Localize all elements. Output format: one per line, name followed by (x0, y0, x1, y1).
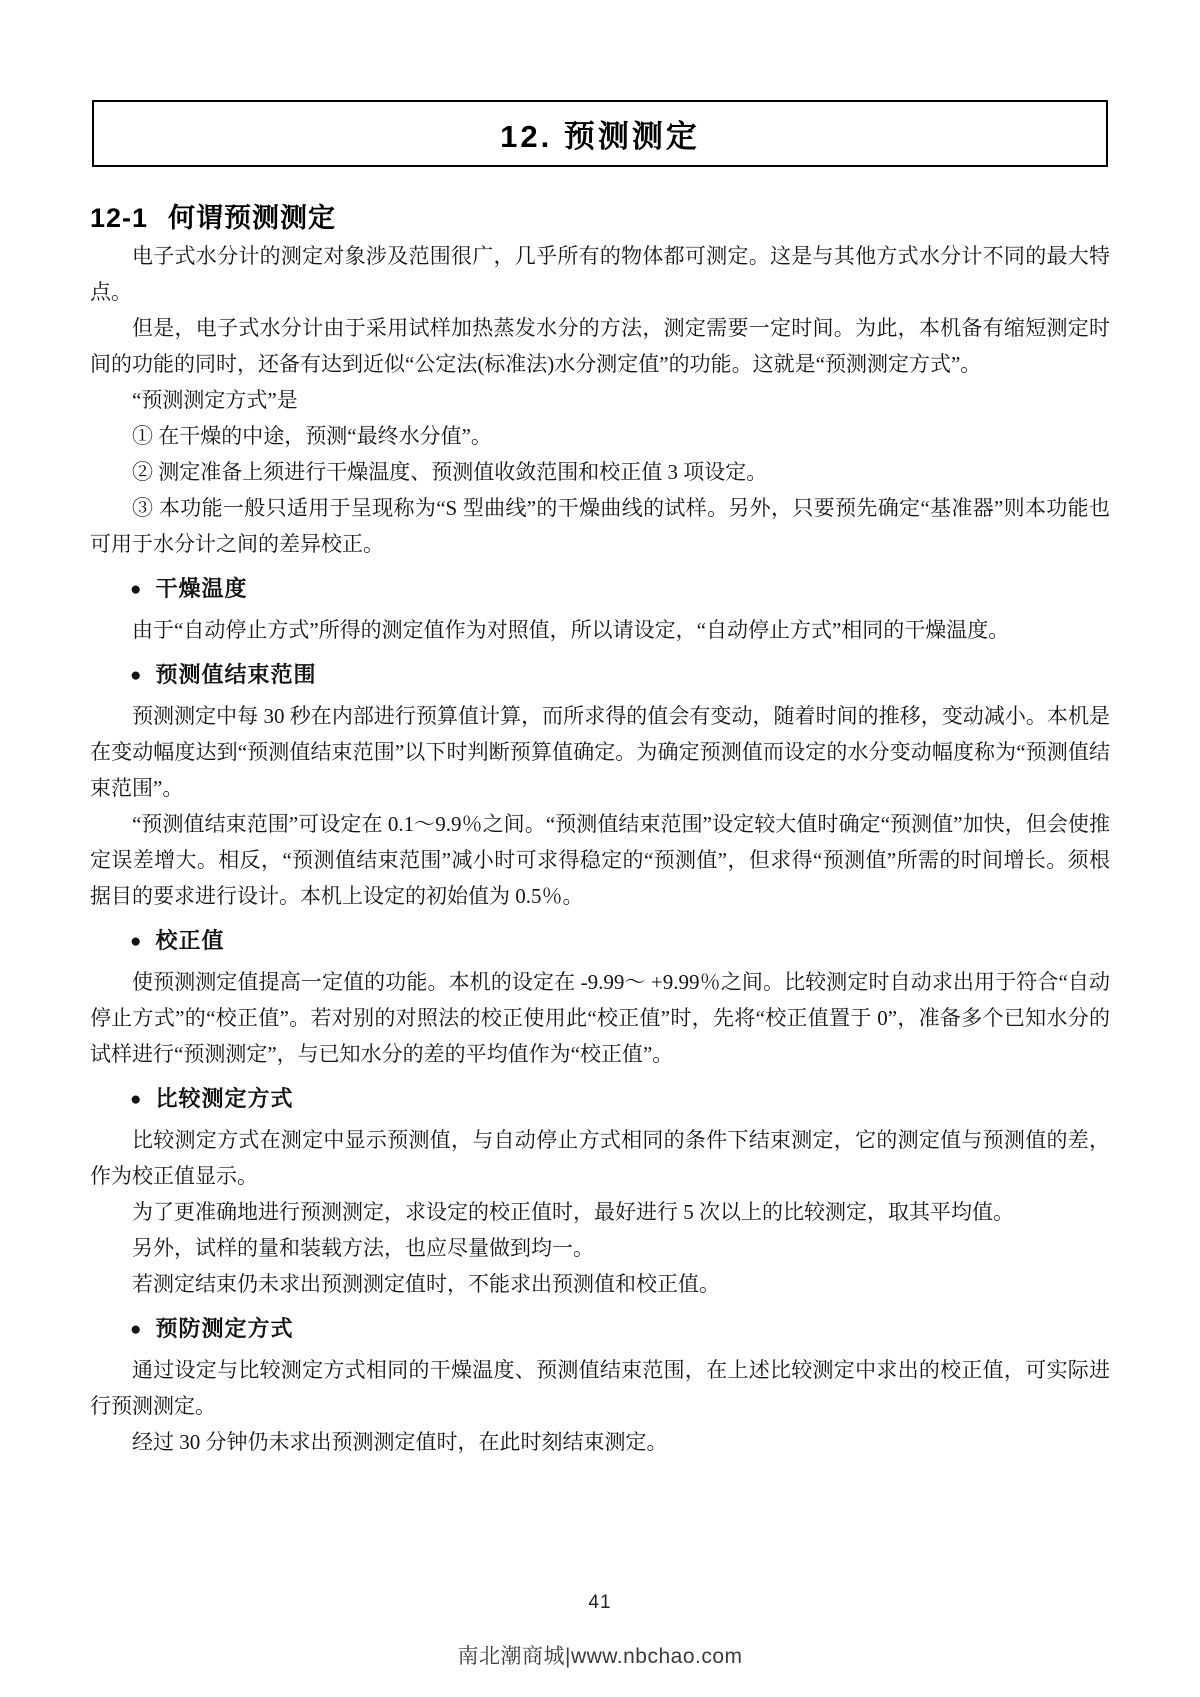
paragraph: 通过设定与比较测定方式相同的干燥温度、预测值结束范围，在上述比较测定中求出的校正… (90, 1352, 1110, 1424)
paragraph: 但是，电子式水分计由于采用试样加热蒸发水分的方法，测定需要一定时间。为此，本机备… (90, 310, 1110, 382)
numbered-item-1: ① 在干燥的中途，预测“最终水分值”。 (90, 418, 1110, 454)
bullet-icon: ● (130, 658, 142, 694)
section-label: 何谓预测测定 (168, 196, 336, 235)
paragraph: 使预测测定值提高一定值的功能。本机的设定在 -9.99～ +9.99％之间。比较… (90, 964, 1110, 1072)
bullet-icon: ● (130, 1082, 142, 1118)
paragraph: 另外，试样的量和装载方法，也应尽量做到均一。 (90, 1230, 1110, 1266)
bullet-heading-correction-value: ●校正值 (90, 923, 1110, 961)
bullet-icon: ● (130, 572, 142, 608)
bullet-heading-label: 校正值 (155, 928, 224, 953)
paragraph: 预测测定中每 30 秒在内部进行预算值计算，而所求得的值会有变动，随着时间的推移… (90, 698, 1110, 806)
chapter-title-box: 12. 预测测定 (92, 100, 1108, 167)
numbered-item-2: ② 测定准备上须进行干燥温度、预测值收敛范围和校正值 3 项设定。 (90, 454, 1110, 490)
bullet-heading-label: 预测值结束范围 (155, 662, 316, 687)
body-content: 电子式水分计的测定对象涉及范围很广，几乎所有的物体都可测定。这是与其他方式水分计… (90, 238, 1110, 1460)
section-number: 12-1 (90, 203, 148, 234)
paragraph: 比较测定方式在测定中显示预测值，与自动停止方式相同的条件下结束测定，它的测定值与… (90, 1122, 1110, 1194)
paragraph: 电子式水分计的测定对象涉及范围很广，几乎所有的物体都可测定。这是与其他方式水分计… (90, 238, 1110, 310)
page-number: 41 (0, 1592, 1200, 1614)
bullet-heading-comparison-mode: ●比较测定方式 (90, 1081, 1110, 1119)
chapter-title: 12. 预测测定 (500, 111, 700, 156)
bullet-heading-prediction-end-range: ●预测值结束范围 (90, 657, 1110, 695)
bullet-icon: ● (130, 924, 142, 960)
paragraph: “预测测定方式”是 (90, 382, 1110, 418)
section-heading: 12-1 何谓预测测定 (90, 196, 336, 235)
bullet-heading-label: 比较测定方式 (155, 1086, 293, 1111)
paragraph: 若测定结束仍未求出预测测定值时，不能求出预测值和校正值。 (90, 1266, 1110, 1302)
paragraph: 由于“自动停止方式”所得的测定值作为对照值，所以请设定，“自动停止方式”相同的干… (90, 612, 1110, 648)
paragraph: 为了更准确地进行预测测定，求设定的校正值时，最好进行 5 次以上的比较测定，取其… (90, 1194, 1110, 1230)
bullet-heading-label: 预防测定方式 (155, 1316, 293, 1341)
paragraph: 经过 30 分钟仍未求出预测测定值时，在此时刻结束测定。 (90, 1424, 1110, 1460)
footer-watermark: 南北潮商城|www.nbchao.com (0, 1640, 1200, 1670)
bullet-heading-prevention-mode: ●预防测定方式 (90, 1311, 1110, 1349)
numbered-item-3: ③ 本功能一般只适用于呈现称为“S 型曲线”的干燥曲线的试样。另外，只要预先确定… (90, 490, 1110, 562)
bullet-heading-drying-temperature: ●干燥温度 (90, 571, 1110, 609)
bullet-heading-label: 干燥温度 (155, 576, 247, 601)
bullet-icon: ● (130, 1312, 142, 1348)
paragraph: “预测值结束范围”可设定在 0.1～9.9％之间。“预测值结束范围”设定较大值时… (90, 806, 1110, 914)
manual-page: 12. 预测测定 12-1 何谓预测测定 电子式水分计的测定对象涉及范围很广，几… (0, 0, 1200, 1697)
